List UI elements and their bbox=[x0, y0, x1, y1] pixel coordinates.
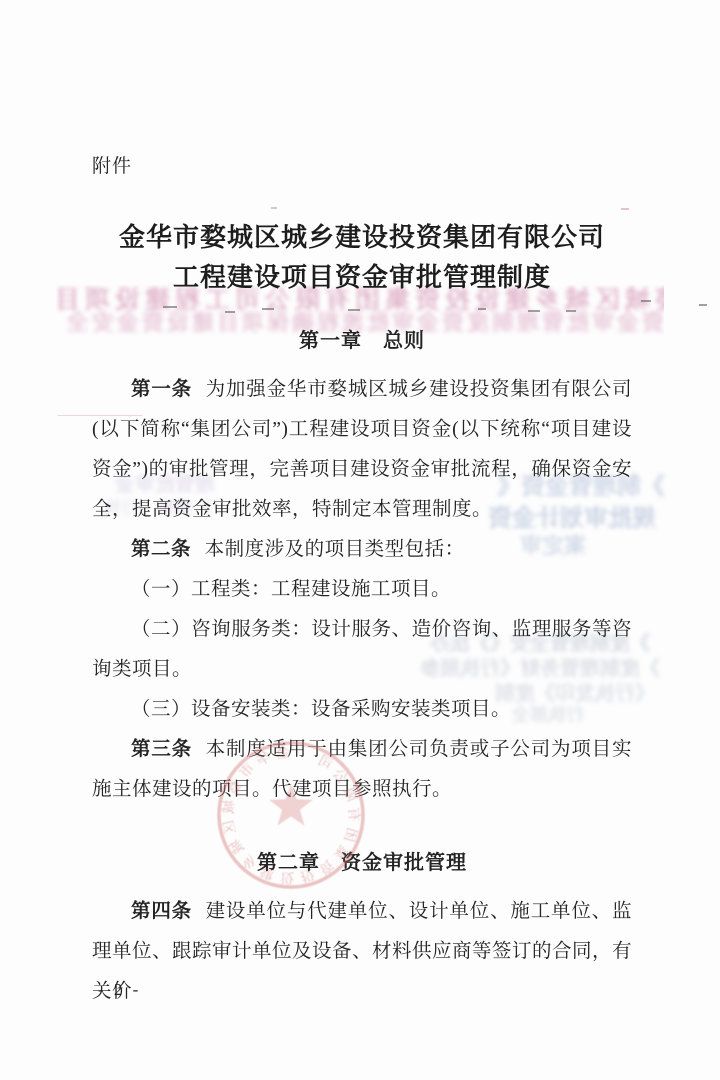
article-4-label: 第四条 bbox=[131, 901, 192, 922]
scan-speck bbox=[641, 300, 651, 302]
article-2: 第二条本制度涉及的项目类型包括： bbox=[92, 530, 632, 570]
list-item-3: （三）设备安装类：设备采购安装类项目。 bbox=[92, 690, 632, 730]
document-title: 金华市婺城区城乡建设投资集团有限公司 工程建设项目资金审批管理制度 bbox=[92, 218, 632, 298]
article-1: 第一条为加强金华市婺城区城乡建设投资集团有限公司(以下简称“集团公司”)工程建设… bbox=[92, 370, 632, 530]
article-3-label: 第三条 bbox=[131, 739, 192, 760]
article-4: 第四条建设单位与代建单位、设计单位、施工单位、监理单位、跟踪审计单位及设备、材料… bbox=[92, 892, 632, 1012]
chapter-1-heading: 第一章 总则 bbox=[92, 326, 632, 356]
document-title-line2: 工程建设项目资金审批管理制度 bbox=[92, 258, 632, 298]
document-title-line1: 金华市婺城区城乡建设投资集团有限公司 bbox=[92, 218, 632, 258]
official-seal: 金华市婺城区城乡建设投资集团有限公司 bbox=[213, 737, 369, 893]
list-item-2: （二）咨询服务类：设计服务、造价咨询、监理服务等咨询类项目。 bbox=[92, 610, 632, 690]
attachment-label: 附件 bbox=[92, 151, 632, 178]
article-1-label: 第一条 bbox=[131, 379, 192, 400]
scan-speck bbox=[699, 304, 707, 306]
list-item-1: （一）工程类：工程建设施工项目。 bbox=[92, 570, 632, 610]
seal-star-icon bbox=[269, 784, 313, 826]
article-1-text: 为加强金华市婺城区城乡建设投资集团有限公司(以下简称“集团公司”)工程建设项目资… bbox=[92, 379, 632, 520]
article-2-text: 本制度涉及的项目类型包括： bbox=[205, 539, 465, 560]
page-number: - 2 - bbox=[98, 980, 141, 1000]
scanned-document-page: 金华市婺城区城乡建设投资集团有限公司工程建设项目 资金审批管理制度资金审批流程确… bbox=[0, 0, 720, 1080]
seal-star-stamp-icon: 金华市婺城区城乡建设投资集团有限公司 bbox=[213, 737, 369, 893]
article-2-label: 第二条 bbox=[131, 539, 191, 560]
